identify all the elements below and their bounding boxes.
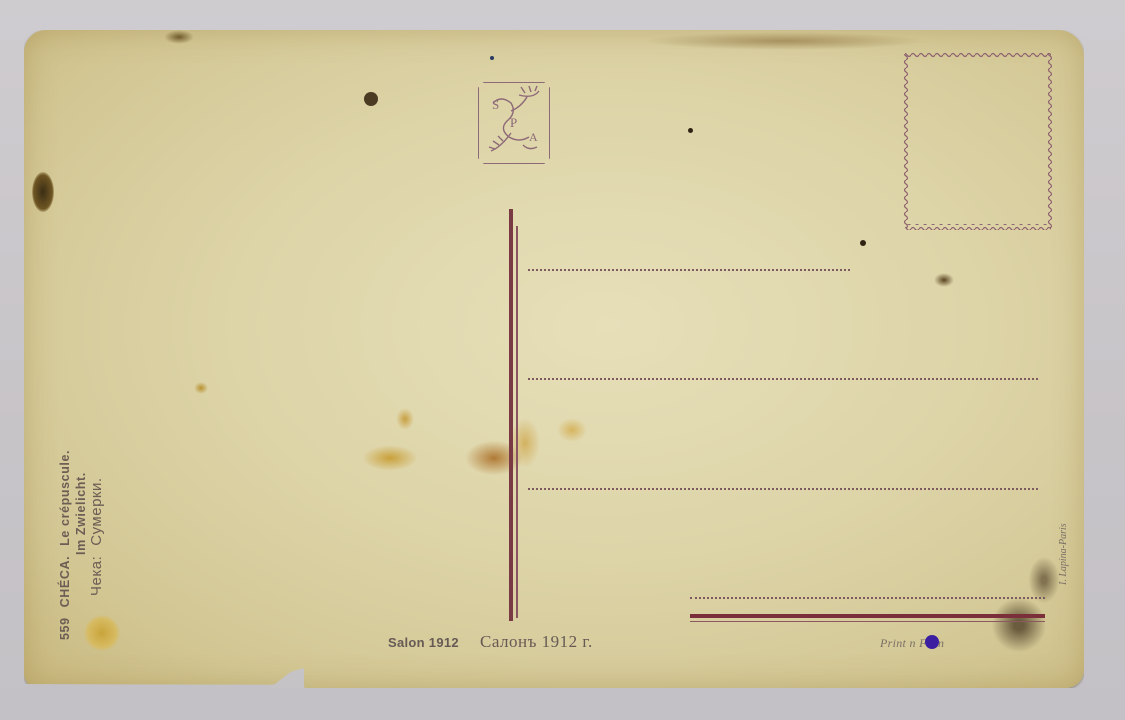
stain [362,445,418,471]
stain [194,382,208,394]
publisher-logo: S P A [478,82,550,164]
stain [32,172,54,212]
svg-text:A: A [529,130,538,144]
stain [557,418,587,442]
title-german: Im Zwielicht. [74,472,88,555]
address-line-4 [690,597,1045,599]
address-line-2 [528,378,1038,380]
stain [396,408,414,430]
salon-cyrillic: Салонъ 1912 г. [480,632,593,652]
title-french: Le crépuscule. [58,450,72,546]
stain [510,418,540,468]
bottom-rule-thin [690,621,1045,622]
svg-text:S: S [492,97,499,112]
stain [688,128,693,133]
title-russian: Сумерки. [88,477,105,545]
stain [364,92,378,106]
stain [860,240,866,246]
publisher-imprint: I. Lapina-Paris [1058,523,1069,585]
stain [644,32,924,50]
stain [934,273,954,287]
address-line-3 [528,488,1038,490]
center-divider-thin [516,226,518,618]
spa-monogram-with-laurel-icon: S P A [479,83,551,165]
address-line-1 [528,269,850,271]
ink-dot [925,635,939,649]
artist-name-russian: Чека: [88,556,105,596]
caption-russian: Чека:Сумерки. [88,467,105,596]
artist-name: CHÉCA. [58,556,72,608]
stain [490,56,494,60]
card-number: 559 [58,617,72,640]
bottom-rule [690,614,1045,618]
stain [164,30,194,44]
stain [84,615,120,651]
caption-number-artist: 559CHÉCA.Le crépuscule. [58,440,72,640]
stamp-placeholder [903,52,1053,230]
salon-latin: Salon 1912 [388,635,459,650]
svg-text:P: P [510,115,517,130]
center-divider [509,209,513,621]
caption-german: Im Zwielicht. [74,462,88,555]
